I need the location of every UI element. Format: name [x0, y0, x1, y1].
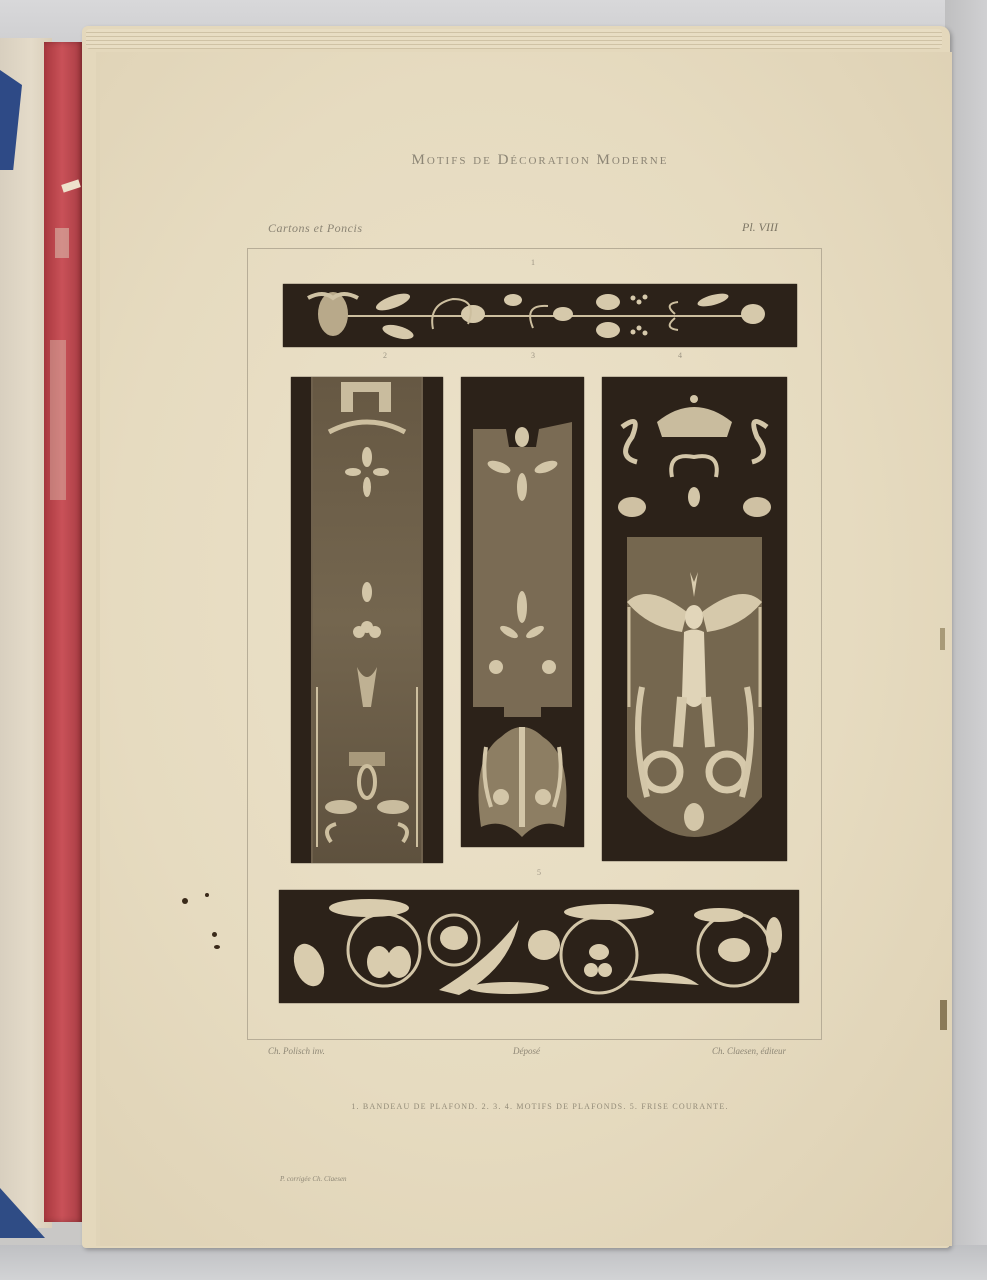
- figure-2-ceiling-motif: [291, 377, 443, 863]
- figure-number: 5: [537, 868, 541, 877]
- spine-wear-mark: [50, 340, 66, 500]
- ink-stain: [212, 932, 217, 937]
- page-title: Motifs de Décoration Moderne: [370, 152, 710, 169]
- ornament-winged-figure-icon: [602, 377, 787, 861]
- plate-number: Pl. VIII: [742, 220, 778, 235]
- figure-1-ceiling-band: [283, 284, 797, 347]
- figure-number: 4: [678, 351, 682, 360]
- ink-stain: [182, 898, 188, 904]
- ornament-vase-icon: [291, 377, 443, 863]
- figure-number: 1: [531, 258, 535, 267]
- ornament-fleur-icon: [461, 377, 584, 847]
- figure-4-ceiling-motif: [602, 377, 787, 861]
- deposit-notice: Déposé: [513, 1046, 540, 1056]
- page-edge-tab: [940, 628, 945, 650]
- page-edge-tear: [940, 1000, 947, 1030]
- book-spine: [44, 42, 84, 1222]
- publisher-credit: Ch. Claesen, éditeur: [712, 1046, 786, 1056]
- figure-3-ceiling-motif: [461, 377, 584, 847]
- ink-stain: [214, 945, 220, 949]
- backdrop-bottom: [0, 1245, 987, 1280]
- spine-wear-mark: [55, 228, 69, 258]
- figure-number: 3: [531, 351, 535, 360]
- ornament-acanthus-scroll-icon: [279, 890, 799, 1003]
- ornament-vine-icon: [283, 284, 797, 347]
- ink-stain: [205, 893, 209, 897]
- plate-caption: 1. Bandeau de plafond. 2. 3. 4. Motifs d…: [340, 1102, 740, 1111]
- designer-credit: Ch. Polisch inv.: [268, 1046, 325, 1056]
- imprint-line: P. corrigée Ch. Claesen: [280, 1175, 347, 1183]
- figure-5-running-frieze: [279, 890, 799, 1003]
- figure-number: 2: [383, 351, 387, 360]
- section-label: Cartons et Poncis: [268, 221, 363, 236]
